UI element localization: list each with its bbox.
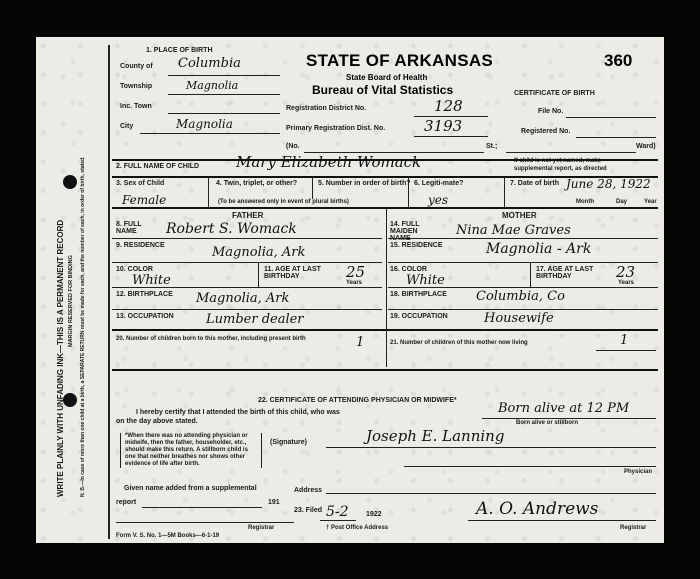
registrar-signature: A. O. Andrews	[476, 499, 598, 519]
registration-district-value: 128	[434, 97, 463, 115]
physician-label: Physician	[624, 469, 652, 475]
mother-occupation-label: 19. OCCUPATION	[390, 313, 448, 320]
father-birthplace-value: Magnolia, Ark	[196, 291, 289, 306]
city-label: City	[120, 123, 133, 130]
form-id: Form V. S. No. 1—5M Books—6-1-19	[116, 533, 219, 539]
child-name-label: 2. FULL NAME OF CHILD	[116, 163, 199, 170]
mother-heading: MOTHER	[502, 211, 537, 220]
mother-name-value: Nina Mae Graves	[456, 223, 571, 238]
father-residence-label: 9. RESIDENCE	[116, 242, 165, 249]
sex-label: 3. Sex of Child	[116, 180, 164, 187]
father-occupation-label: 13. OCCUPATION	[116, 313, 174, 320]
child-name-value: Mary Elizabeth Womack	[236, 153, 421, 171]
inc-town-label: Inc. Town	[120, 103, 152, 110]
filed-label: 23. Filed	[294, 507, 322, 515]
mother-occupation-value: Housewife	[484, 311, 554, 326]
dob-value: June 28, 1922	[566, 177, 651, 191]
dob-month-label: Month	[576, 199, 594, 205]
father-color-value: White	[132, 273, 171, 288]
mother-living-value: 1	[620, 333, 628, 348]
state-title: STATE OF ARKANSAS	[306, 51, 493, 71]
ward-suffix: Ward)	[636, 143, 656, 150]
binding-hole-icon	[63, 175, 77, 189]
certificate-number: 360	[604, 51, 632, 71]
mother-color-label: 16. COLOR	[390, 266, 427, 273]
street-suffix: St.;	[486, 143, 497, 150]
supplemental-year-prefix: 191	[268, 499, 280, 506]
margin-binding-note: MARGIN RESERVED FOR BINDING	[68, 255, 74, 347]
county-value: Columbia	[178, 56, 241, 71]
mother-color-value: White	[406, 273, 445, 288]
mother-living-label: 21. Number of children of this mother no…	[390, 340, 528, 346]
footnote: *When there was no attending physician o…	[120, 433, 262, 468]
given-name-label: Given name added from a supplemental	[124, 485, 257, 492]
birth-certificate: MARGIN RESERVED FOR BINDING WRITE PLAINL…	[36, 37, 664, 543]
name-note-2: supplemental report, as directed	[514, 166, 607, 172]
post-office-label: † Post Office Address	[326, 525, 388, 531]
physician-heading: 22. CERTIFICATE OF ATTENDING PHYSICIAN O…	[258, 397, 457, 404]
mother-residence-label: 15. RESIDENCE	[390, 242, 443, 249]
mother-birthplace-value: Columbia, Co	[476, 289, 565, 304]
supplemental-registrar-label: Registrar	[248, 525, 274, 531]
certificate-type: CERTIFICATE OF BIRTH	[514, 90, 595, 97]
dob-label: 7. Date of birth	[510, 180, 559, 187]
mother-residence-value: Magnolia - Ark	[486, 241, 591, 257]
binding-hole-icon	[63, 393, 77, 407]
report-label: report	[116, 499, 136, 506]
certify-value: Born alive at 12 PM	[498, 401, 629, 416]
dob-year-label: Year	[644, 199, 657, 205]
legitimate-value: yes	[428, 193, 448, 207]
certify-text-2: on the day above stated.	[116, 418, 198, 425]
name-note-1: If child is not yet named, make	[514, 158, 601, 164]
father-children-value: 1	[356, 335, 364, 350]
mother-birthplace-label: 18. BIRTHPLACE	[390, 291, 447, 298]
place-of-birth-heading: 1. PLACE OF BIRTH	[146, 47, 213, 54]
father-age-value: 25	[346, 263, 365, 281]
mother-age-unit: Years	[618, 280, 634, 286]
township-label: Township	[120, 83, 152, 90]
city-value: Magnolia	[176, 117, 233, 131]
father-residence-value: Magnolia, Ark	[212, 245, 305, 260]
physician-signature: Joseph E. Lanning	[366, 427, 504, 445]
dob-day-label: Day	[616, 199, 627, 205]
registered-no-label: Registered No.	[521, 128, 570, 135]
margin-rule	[108, 45, 110, 539]
twin-label: 4. Twin, triplet, or other?	[216, 180, 297, 187]
margin-ink-note: WRITE PLAINLY WITH UNFADING INK—THIS IS …	[56, 220, 65, 497]
township-value: Magnolia	[186, 79, 238, 92]
registration-district-label: Registration District No.	[286, 105, 366, 112]
father-occupation-value: Lumber dealer	[206, 312, 304, 327]
filed-value: 5-2	[326, 504, 349, 520]
board-subtitle: State Board of Health	[346, 73, 427, 82]
file-no-label: File No.	[538, 108, 563, 115]
margin-instruction: N. B.—In case of more than one child at …	[80, 97, 87, 497]
signature-label: (Signature)	[270, 439, 307, 446]
father-name-label: 8. FULL NAME	[116, 221, 156, 235]
father-age-unit: Years	[346, 280, 362, 286]
father-heading: FATHER	[232, 211, 263, 220]
plural-note: (To be answered only in event of plural …	[218, 199, 349, 205]
father-color-label: 10. COLOR	[116, 266, 153, 273]
address-label: Address	[294, 487, 322, 494]
father-birthplace-label: 12. BIRTHPLACE	[116, 291, 173, 298]
certify-text: I hereby certify that I attended the bir…	[136, 409, 340, 416]
father-age-label: 11. AGE AT LAST BIRTHDAY	[264, 266, 344, 280]
bureau-title: Bureau of Vital Statistics	[312, 83, 453, 97]
legitimate-label: 6. Legiti-mate?	[414, 180, 463, 187]
filed-year: 1922	[366, 511, 382, 518]
mother-age-value: 23	[616, 263, 635, 281]
mother-age-label: 17. AGE AT LAST BIRTHDAY	[536, 266, 616, 280]
street-label: (No.	[286, 143, 300, 150]
primary-registration-value: 3193	[424, 117, 462, 135]
order-label: 5. Number in order of birth?	[318, 180, 411, 187]
county-label: County of	[120, 63, 153, 70]
father-children-label: 20. Number of children born to this moth…	[116, 335, 316, 343]
father-name-value: Robert S. Womack	[166, 221, 297, 237]
born-note: Born alive or stillborn	[516, 420, 578, 426]
sex-value: Female	[122, 193, 166, 207]
primary-registration-label: Primary Registration Dist. No.	[286, 125, 385, 132]
filing-registrar-label: Registrar	[620, 525, 646, 531]
